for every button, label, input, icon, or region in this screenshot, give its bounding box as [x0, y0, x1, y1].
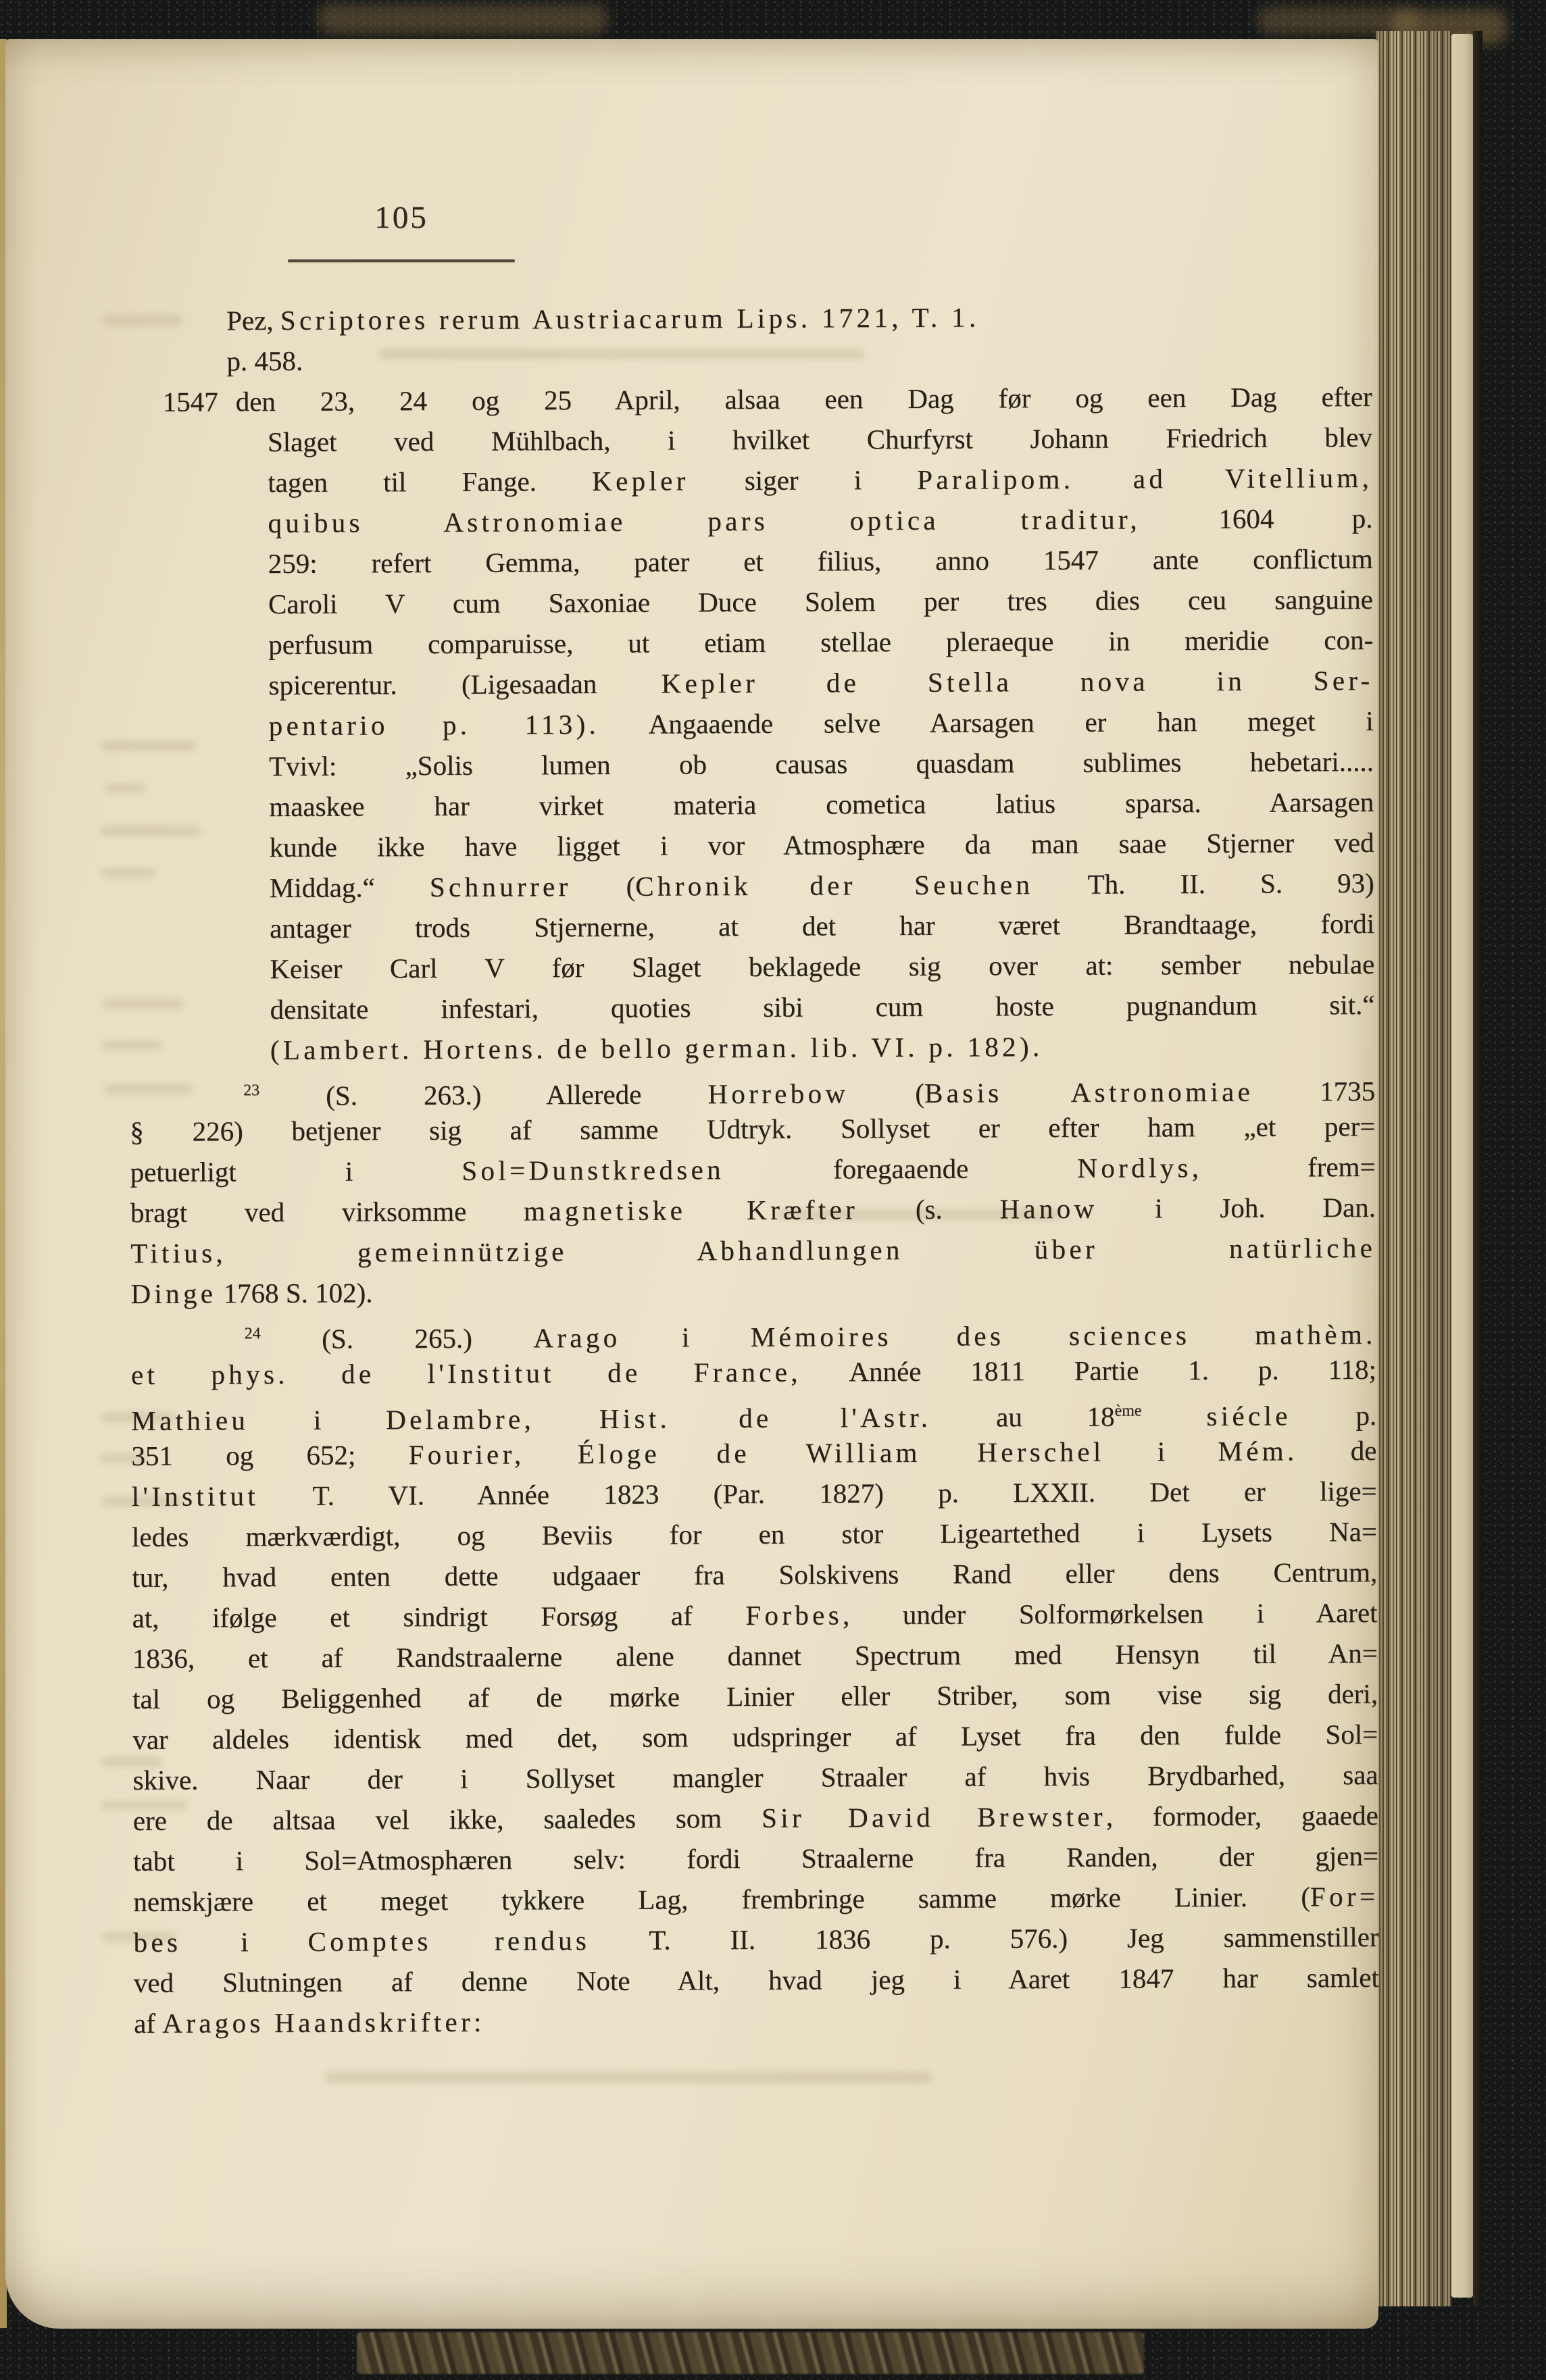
text-line: ere de altsaa vel ikke, saaledes som Sir…: [133, 1795, 1378, 1841]
text-line: Titius, gemeinnützige Abhandlungen über …: [130, 1227, 1376, 1273]
text-line: perfusum comparuisse, ut etiam stellae p…: [268, 619, 1373, 665]
text-line: 23 (S. 263.) Allerede Horrebow (Basis As…: [243, 1065, 1375, 1111]
text-line: Keiser Carl V før Slaget beklagede sig o…: [270, 944, 1374, 989]
page-edge-outer-leaf: [1451, 34, 1473, 2298]
page-edges-bottom: [357, 2332, 1144, 2374]
text-line: (Lambert. Hortens. de bello german. lib.…: [270, 1025, 1375, 1070]
text-line: 259: refert Gemma, pater et filius, anno…: [268, 538, 1373, 584]
text-line: tabt i Sol=Atmosphæren selv: fordi Straa…: [133, 1835, 1378, 1881]
text-line: spicerentur. (Ligesaadan Kepler de Stell…: [268, 660, 1373, 705]
text-line: pentario p. 113). Angaaende selve Aarsag…: [269, 701, 1374, 746]
text-line: l'Institut T. VI. Année 1823 (Par. 1827)…: [132, 1471, 1377, 1517]
book-photo-background: 105 Pez, Scriptores rerum Austriacarum L…: [0, 0, 1546, 2380]
cover-wear-mark: [318, 4, 608, 34]
text-line: Mathieu i Delambre, Hist. de l'Astr. au …: [131, 1390, 1376, 1436]
text-line: antager trods Stjernerne, at det har vær…: [270, 903, 1374, 948]
text-line: petuerligt i Sol=Dunstkredsen foregaaend…: [130, 1146, 1375, 1192]
book-page: 105 Pez, Scriptores rerum Austriacarum L…: [5, 39, 1378, 2329]
page-number: 105: [284, 200, 519, 235]
text-line: Middag.“ Schnurrer (Chronik der Seuchen …: [270, 863, 1374, 908]
text-line: Pez, Scriptores rerum Austriacarum Lips.…: [226, 295, 1372, 340]
text-line: bes i Comptes rendus T. II. 1836 p. 576.…: [133, 1917, 1378, 1963]
text-line: var aldeles identisk med det, som udspri…: [132, 1714, 1378, 1760]
text-line: 351 og 652; Fourier, Éloge de William He…: [131, 1430, 1376, 1476]
header-rule: [288, 259, 515, 262]
text-line: nemskjære et meget tykkere Lag, frembrin…: [133, 1876, 1378, 1922]
text-line: tagen til Fange. Kepler siger i Paralipo…: [268, 457, 1372, 503]
text-line: maaskee har virket materia cometica lati…: [269, 782, 1374, 827]
text-line: at, ifølge et sindrigt Forsøg af Forbes,…: [132, 1592, 1377, 1638]
text-line: tur, hvad enten dette udgaaer fra Solski…: [132, 1552, 1377, 1598]
text-line: Caroli V cum Saxoniae Duce Solem per tre…: [268, 579, 1373, 624]
text-line: 24 (S. 265.) Arago i Mémoires des scienc…: [245, 1309, 1376, 1354]
text-line: et phys. de l'Institut de France, Année …: [131, 1349, 1376, 1395]
cover-gap-shadow: [1473, 31, 1482, 2306]
text-line: densitate infestari, quoties sibi cum ho…: [270, 984, 1374, 1030]
text-line: bragt ved virksomme magnetiske Kræfter (…: [130, 1187, 1376, 1233]
text-line: tal og Beliggenhed af de mørke Linier el…: [132, 1673, 1378, 1719]
text-line: p. 458.: [226, 336, 1372, 381]
text-line: Slaget ved Mühlbach, i hvilket Churfyrst…: [268, 417, 1372, 462]
text-line: kunde ikke have ligget i vor Atmosphære …: [269, 822, 1374, 867]
text-line: 1836, et af Randstraalerne alene dannet …: [132, 1633, 1378, 1679]
text-line: skive. Naar der i Sollyset mangler Straa…: [132, 1754, 1378, 1800]
page-edges-right: [1376, 31, 1484, 2306]
page-edge-stripes: [1376, 31, 1451, 2306]
text-line: Dinge 1768 S. 102).: [130, 1268, 1376, 1314]
text-line: 1547den 23, 24 og 25 April, alsaa een Da…: [163, 376, 1372, 422]
bleedthrough-mark: [324, 2071, 932, 2083]
text-line: Tvivl: „Solis lumen ob causas quasdam su…: [269, 741, 1374, 786]
page-header: 105: [284, 200, 519, 262]
text-line: quibus Astronomiae pars optica traditur,…: [268, 498, 1372, 543]
text-line: ved Slutningen af denne Note Alt, hvad j…: [134, 1957, 1379, 2003]
note-text: Pez, Scriptores rerum Austriacarum Lips.…: [125, 295, 1379, 2044]
text-line: ledes mærkværdigt, og Beviis for en stor…: [132, 1511, 1377, 1557]
text-line: § 226) betjener sig af samme Udtryk. Sol…: [130, 1106, 1375, 1152]
text-line: af Aragos Haandskrifter:: [134, 1998, 1379, 2044]
